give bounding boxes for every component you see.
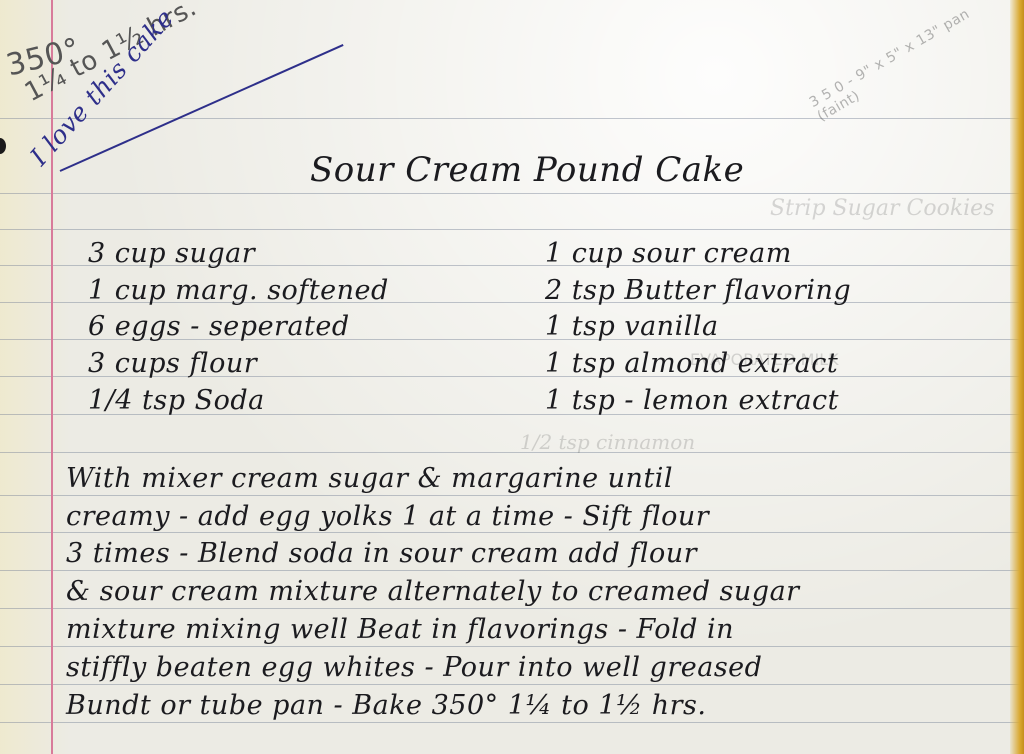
ruled-line — [0, 229, 1024, 230]
ingredient-left: 3 cups flour — [88, 348, 257, 379]
ingredient-right: 2 tsp Butter flavoring — [545, 275, 851, 306]
ingredient-right: 1 tsp almond extract — [545, 348, 838, 379]
binder-hole — [0, 138, 6, 154]
aged-edge — [1010, 0, 1024, 754]
recipe-card: Strip Sugar Cookies EVAPORATED MILK 1/2 … — [0, 0, 1024, 754]
ingredient-left: 1/4 tsp Soda — [88, 385, 265, 416]
ruled-line — [0, 532, 1024, 533]
direction-line: With mixer cream sugar & margarine until — [66, 463, 673, 494]
ingredient-left: 1 cup marg. softened — [88, 275, 389, 306]
bleed-through-text: 1/2 tsp cinnamon — [520, 430, 695, 454]
ruled-line — [0, 646, 1024, 647]
direction-line: mixture mixing well Beat in flavorings -… — [66, 614, 734, 645]
ingredient-right: 1 tsp vanilla — [545, 311, 719, 342]
margin-line — [51, 0, 53, 754]
ingredient-right: 1 tsp - lemon extract — [545, 385, 839, 416]
bleed-through-text: Strip Sugar Cookies — [770, 196, 995, 221]
ruled-line — [0, 570, 1024, 571]
ingredient-left: 3 cup sugar — [88, 238, 255, 269]
ruled-line — [0, 722, 1024, 723]
direction-line: Bundt or tube pan - Bake 350° 1¼ to 1½ h… — [66, 690, 706, 721]
direction-line: stiffly beaten egg whites - Pour into we… — [66, 652, 762, 683]
direction-line: creamy - add egg yolks 1 at a time - Sif… — [66, 501, 709, 532]
ruled-line — [0, 495, 1024, 496]
ruled-line — [0, 452, 1024, 453]
direction-line: 3 times - Blend soda in sour cream add f… — [66, 538, 697, 569]
ruled-line — [0, 193, 1024, 194]
recipe-title: Sour Cream Pound Cake — [310, 150, 744, 190]
ingredient-left: 6 eggs - seperated — [88, 311, 350, 342]
ruled-line — [0, 118, 1024, 119]
ingredient-right: 1 cup sour cream — [545, 238, 792, 269]
direction-line: & sour cream mixture alternately to crea… — [66, 576, 800, 607]
ruled-line — [0, 608, 1024, 609]
ruled-line — [0, 684, 1024, 685]
corner-pencil-notes: 3 5 0 - 9" x 5" x 13" pan (faint) — [807, 0, 1014, 125]
